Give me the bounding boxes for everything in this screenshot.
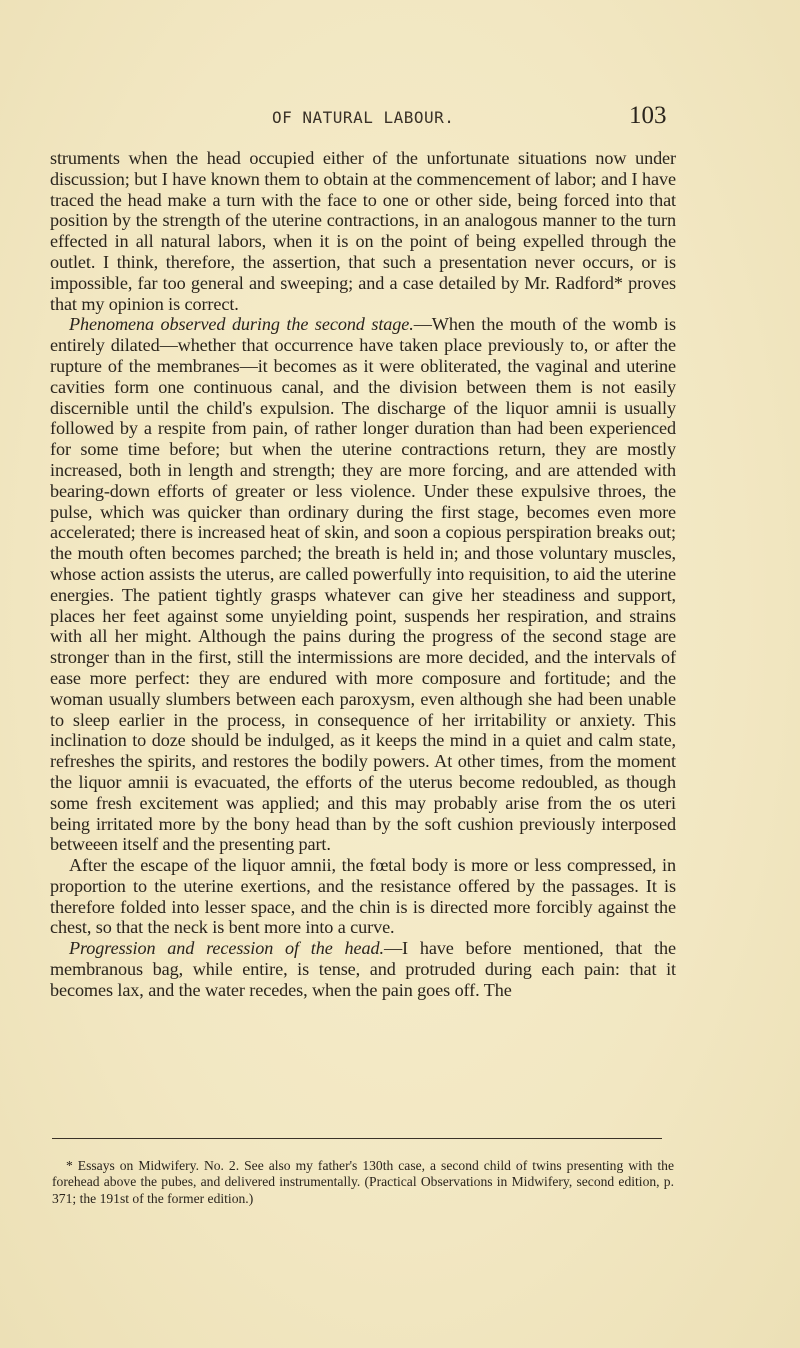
page-number: 103 — [629, 102, 667, 130]
footnote-text: * Essays on Midwifery. No. 2. See also m… — [52, 1158, 674, 1207]
running-title: OF NATURAL LABOUR. — [272, 108, 454, 127]
body-text: struments when the head occupied either … — [50, 148, 676, 1001]
running-head: OF NATURAL LABOUR. 103 — [0, 108, 800, 132]
footnote-divider — [52, 1138, 662, 1139]
section-heading-second-stage: Phenomena observed during the second sta… — [69, 314, 414, 334]
paragraph-text: struments when the head occupied either … — [50, 148, 676, 314]
paragraph-progression: Progression and recession of the head.—I… — [50, 938, 676, 1000]
book-page: OF NATURAL LABOUR. 103 struments when th… — [0, 0, 800, 1348]
paragraph-continuation: struments when the head occupied either … — [50, 148, 676, 314]
paragraph-foetal-compression: After the escape of the liquor amnii, th… — [50, 855, 676, 938]
paragraph-text: After the escape of the liquor amnii, th… — [50, 855, 676, 937]
paragraph-second-stage: Phenomena observed during the second sta… — [50, 314, 676, 855]
section-heading-progression: Progression and recession of the head. — [69, 938, 384, 958]
paragraph-text: —When the mouth of the womb is entirely … — [50, 314, 676, 854]
footnote: * Essays on Midwifery. No. 2. See also m… — [52, 1158, 674, 1207]
